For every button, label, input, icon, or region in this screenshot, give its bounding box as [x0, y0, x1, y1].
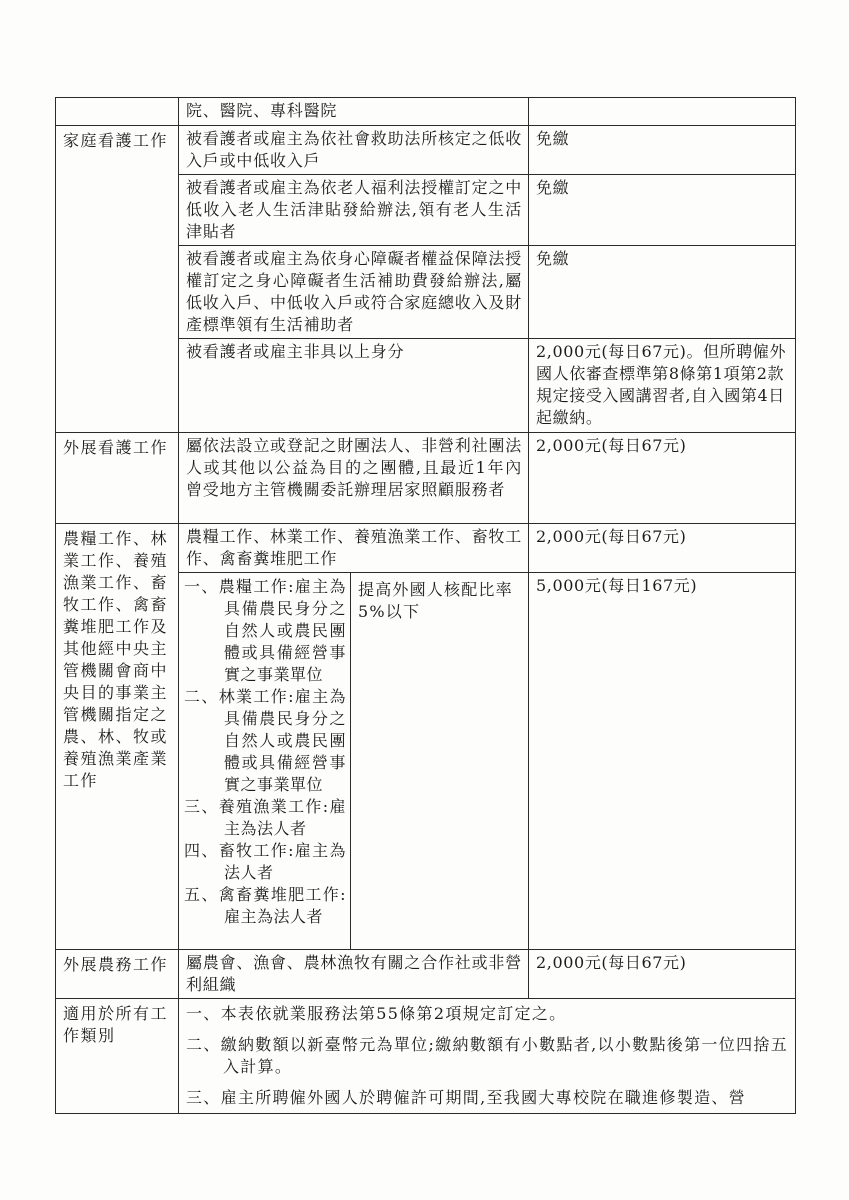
- category-cell-continuation: [56, 98, 179, 126]
- description-cell: 被看護者或雇主非具以上身分: [179, 339, 529, 433]
- list-item: 五、禽畜糞堆肥工作:雇主為法人者: [184, 884, 346, 928]
- category-cell-outreach-agriculture: 外展農務工作: [56, 950, 179, 999]
- description-cell: 農糧工作、林業工作、養殖漁業工作、畜牧工作、禽畜糞堆肥工作: [179, 524, 529, 573]
- fee-cell-continuation: [529, 98, 796, 126]
- note-item: 三、雇主所聘僱外國人於聘僱許可期間,至我國大專校院在職進修製造、營: [186, 1087, 788, 1109]
- category-cell-outreach-care: 外展看護工作: [56, 433, 179, 524]
- list-item: 一、農糧工作:雇主為具備農民身分之自然人或農民團體或具備經營事實之事業單位: [184, 576, 346, 686]
- description-cell: 屬農會、漁會、農林漁牧有關之合作社或非營利組織: [179, 950, 529, 999]
- fee-cell: 2,000元(每日67元): [529, 524, 796, 573]
- note-item: 二、繳納數額以新臺幣元為單位;繳納數額有小數點者,以小數點後第一位四捨五入計算。: [186, 1034, 788, 1078]
- table-row-agriculture-1: 農糧工作、林業工作、養殖漁業工作、畜牧工作、禽畜糞堆肥工作及其他經中央主管機關會…: [56, 524, 796, 573]
- fee-cell: 2,000元(每日67元): [529, 950, 796, 999]
- table-row-general-notes: 適用於所有工作類別 一、本表依就業服務法第55條第2項規定訂定之。 二、繳納數額…: [56, 999, 796, 1114]
- category-cell-agriculture: 農糧工作、林業工作、養殖漁業工作、畜牧工作、禽畜糞堆肥工作及其他經中央主管機關會…: [56, 524, 179, 950]
- description-cell: 被看護者或雇主為依老人福利法授權訂定之中低收入老人生活津貼發給辦法,領有老人生活…: [179, 175, 529, 246]
- table-row-family-care-1: 家庭看護工作 被看護者或雇主為依社會救助法所核定之低收入戶或中低收入戶 免繳: [56, 126, 796, 175]
- list-item: 四、畜牧工作:雇主為法人者: [184, 840, 346, 884]
- fee-cell: 2,000元(每日67元): [529, 433, 796, 524]
- note-item: 一、本表依就業服務法第55條第2項規定訂定之。: [186, 1003, 788, 1025]
- list-item: 三、養殖漁業工作:雇主為法人者: [184, 796, 346, 840]
- table-row-outreach-agriculture: 外展農務工作 屬農會、漁會、農林漁牧有關之合作社或非營利組織 2,000元(每日…: [56, 950, 796, 999]
- description-cell: 被看護者或雇主為依身心障礙者權益保障法授權訂定之身心障礙者生活補助費發給辦法,屬…: [179, 246, 529, 339]
- fee-cell: 免繳: [529, 126, 796, 175]
- scanned-document-page: 院、醫院、專科醫院 家庭看護工作 被看護者或雇主為依社會救助法所核定之低收入戶或…: [0, 0, 849, 1200]
- fee-cell: 免繳: [529, 175, 796, 246]
- category-cell-family-care: 家庭看護工作: [56, 126, 179, 433]
- description-cell-continuation: 院、醫院、專科醫院: [179, 98, 529, 126]
- employment-fee-table: 院、醫院、專科醫院 家庭看護工作 被看護者或雇主為依社會救助法所核定之低收入戶或…: [55, 97, 796, 1114]
- table-row-outreach-care: 外展看護工作 屬依法設立或登記之財團法人、非營利社團法人或其他以公益為目的之團體…: [56, 433, 796, 524]
- description-cell: 屬依法設立或登記之財團法人、非營利社團法人或其他以公益為目的之團體,且最近1年內…: [179, 433, 529, 524]
- list-item: 二、林業工作:雇主為具備農民身分之自然人或農民團體或具備經營事實之事業單位: [184, 686, 346, 796]
- description-cell: 被看護者或雇主為依社會救助法所核定之低收入戶或中低收入戶: [179, 126, 529, 175]
- category-cell-general-notes: 適用於所有工作類別: [56, 999, 179, 1114]
- quota-condition-cell: 提高外國人核配比率5%以下: [351, 573, 529, 950]
- table-row-continuation: 院、醫院、專科醫院: [56, 98, 796, 126]
- employer-type-list-cell: 一、農糧工作:雇主為具備農民身分之自然人或農民團體或具備經營事實之事業單位 二、…: [179, 573, 351, 950]
- fee-cell: 免繳: [529, 246, 796, 339]
- general-notes-cell: 一、本表依就業服務法第55條第2項規定訂定之。 二、繳納數額以新臺幣元為單位;繳…: [179, 999, 796, 1114]
- fee-cell: 5,000元(每日167元): [529, 573, 796, 950]
- fee-cell: 2,000元(每日67元)。但所聘僱外國人依審查標準第8條第1項第2款規定接受入…: [529, 339, 796, 433]
